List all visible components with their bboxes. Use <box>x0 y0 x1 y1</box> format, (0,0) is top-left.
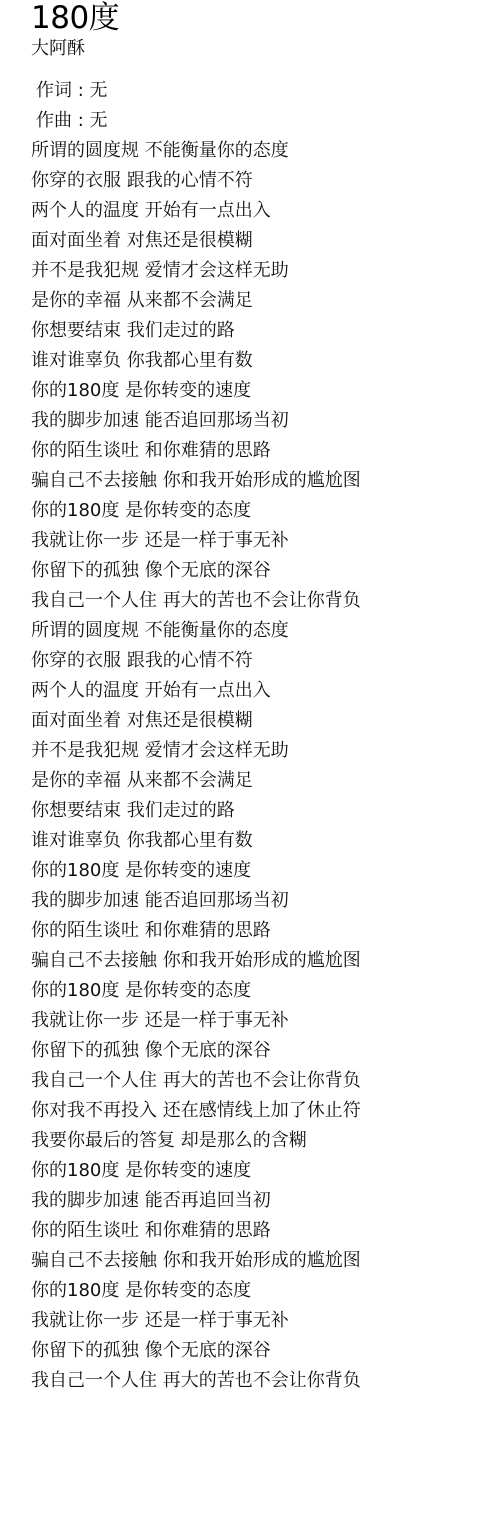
lyric-line: 你穿的衣服 跟我的心情不符 <box>31 646 491 676</box>
lyric-line: 所谓的圆度规 不能衡量你的态度 <box>31 136 491 166</box>
lyricist-credit: 作词 : 无 <box>31 76 491 106</box>
lyric-line: 你对我不再投入 还在感情线上加了休止符 <box>31 1096 491 1126</box>
lyric-line: 你的180度 是你转变的速度 <box>31 376 491 406</box>
song-artist: 大阿酥 <box>31 36 491 62</box>
lyric-line: 你想要结束 我们走过的路 <box>31 796 491 826</box>
lyric-line: 我自己一个人住 再大的苦也不会让你背负 <box>31 586 491 616</box>
lyric-line: 我的脚步加速 能否追回那场当初 <box>31 406 491 436</box>
lyric-line: 并不是我犯规 爱情才会这样无助 <box>31 736 491 766</box>
lyric-line: 两个人的温度 开始有一点出入 <box>31 196 491 226</box>
lyric-line: 我的脚步加速 能否追回那场当初 <box>31 886 491 916</box>
lyrics-page: 180度 大阿酥 作词 : 无 作曲 : 无 所谓的圆度规 不能衡量你的态度 你… <box>31 0 491 1396</box>
lyric-line: 你的陌生谈吐 和你难猜的思路 <box>31 916 491 946</box>
lyric-line: 是你的幸福 从来都不会满足 <box>31 286 491 316</box>
lyric-line: 你留下的孤独 像个无底的深谷 <box>31 1036 491 1066</box>
lyric-line: 你的180度 是你转变的态度 <box>31 496 491 526</box>
lyric-line: 我就让你一步 还是一样于事无补 <box>31 1306 491 1336</box>
lyric-line: 我自己一个人住 再大的苦也不会让你背负 <box>31 1066 491 1096</box>
lyric-line: 我就让你一步 还是一样于事无补 <box>31 1006 491 1036</box>
lyric-line: 骗自己不去接触 你和我开始形成的尴尬图 <box>31 466 491 496</box>
lyric-line: 是你的幸福 从来都不会满足 <box>31 766 491 796</box>
lyric-line: 你留下的孤独 像个无底的深谷 <box>31 556 491 586</box>
composer-credit: 作曲 : 无 <box>31 106 491 136</box>
lyric-line: 我自己一个人住 再大的苦也不会让你背负 <box>31 1366 491 1396</box>
lyric-line: 你的陌生谈吐 和你难猜的思路 <box>31 1216 491 1246</box>
lyric-line: 骗自己不去接触 你和我开始形成的尴尬图 <box>31 1246 491 1276</box>
lyric-line: 骗自己不去接触 你和我开始形成的尴尬图 <box>31 946 491 976</box>
lyric-line: 谁对谁辜负 你我都心里有数 <box>31 346 491 376</box>
lyrics-list: 所谓的圆度规 不能衡量你的态度 你穿的衣服 跟我的心情不符 两个人的温度 开始有… <box>31 136 491 1396</box>
lyric-line: 所谓的圆度规 不能衡量你的态度 <box>31 616 491 646</box>
lyric-line: 你留下的孤独 像个无底的深谷 <box>31 1336 491 1366</box>
lyric-line: 面对面坐着 对焦还是很模糊 <box>31 706 491 736</box>
credits-block: 作词 : 无 作曲 : 无 <box>31 76 491 136</box>
lyric-line: 你的陌生谈吐 和你难猜的思路 <box>31 436 491 466</box>
lyric-line: 谁对谁辜负 你我都心里有数 <box>31 826 491 856</box>
lyric-line: 面对面坐着 对焦还是很模糊 <box>31 226 491 256</box>
lyric-line: 你想要结束 我们走过的路 <box>31 316 491 346</box>
song-title: 180度 <box>31 0 491 36</box>
lyric-line: 并不是我犯规 爱情才会这样无助 <box>31 256 491 286</box>
lyric-line: 我就让你一步 还是一样于事无补 <box>31 526 491 556</box>
lyric-line: 我要你最后的答复 却是那么的含糊 <box>31 1126 491 1156</box>
lyric-line: 两个人的温度 开始有一点出入 <box>31 676 491 706</box>
lyric-line: 你的180度 是你转变的态度 <box>31 1276 491 1306</box>
lyric-line: 你的180度 是你转变的速度 <box>31 1156 491 1186</box>
lyric-line: 你穿的衣服 跟我的心情不符 <box>31 166 491 196</box>
lyric-line: 你的180度 是你转变的速度 <box>31 856 491 886</box>
lyric-line: 我的脚步加速 能否再追回当初 <box>31 1186 491 1216</box>
lyric-line: 你的180度 是你转变的态度 <box>31 976 491 1006</box>
